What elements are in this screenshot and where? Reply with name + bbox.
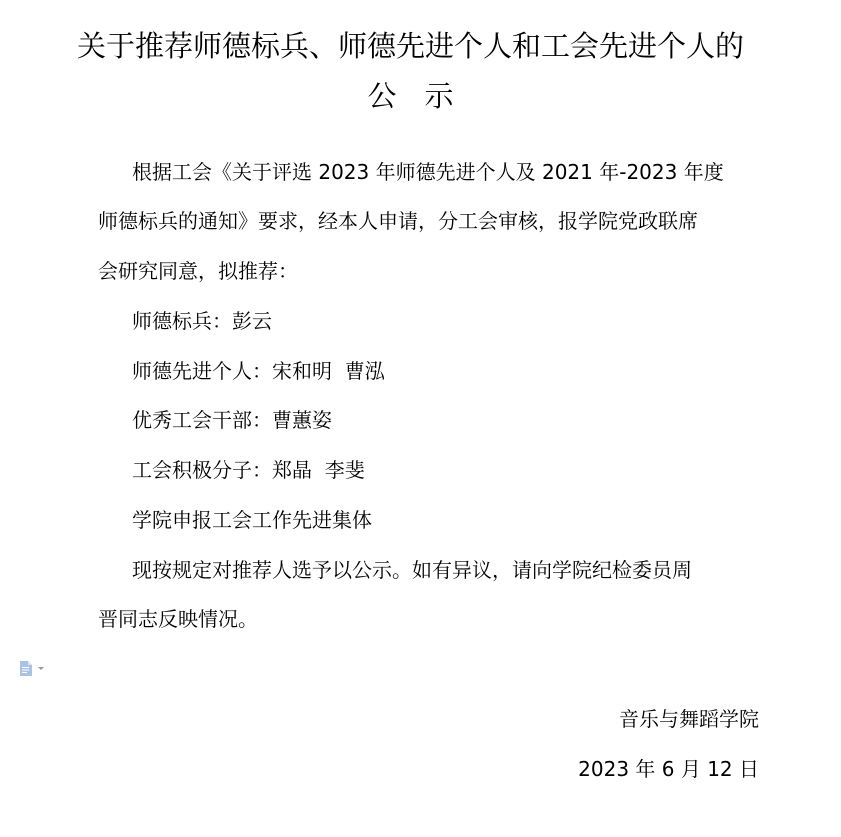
document-title-line2: 公示 — [0, 76, 831, 116]
nomination-category: 工会积极分子： — [132, 458, 272, 482]
paragraph-intro-line3: 会研究同意，拟推荐： — [98, 259, 298, 283]
nomination-names: 郑晶 李斐 — [272, 458, 365, 482]
document-title-line1: 关于推荐师德标兵、师德先进个人和工会先进个人的 — [0, 26, 831, 66]
paste-options-button[interactable] — [20, 659, 50, 677]
paragraph-objection-line2: 晋同志反映情况。 — [98, 607, 258, 631]
nomination-union-cadre: 优秀工会干部：曹蕙姿 — [132, 408, 332, 432]
signature-organization: 音乐与舞蹈学院 — [619, 707, 759, 731]
paragraph-objection-line1: 现按规定对推荐人选予以公示。如有异议，请向学院纪检委员周 — [132, 558, 692, 582]
nomination-category: 师德标兵： — [132, 309, 232, 333]
paragraph-intro-line1: 根据工会《关于评选 2023 年师德先进个人及 2021 年-2023 年度 — [132, 160, 724, 184]
collective-nomination: 学院申报工会工作先进集体 — [132, 508, 372, 532]
nomination-names: 曹蕙姿 — [272, 408, 332, 432]
document-icon — [20, 661, 32, 676]
nomination-names: 宋和明 曹泓 — [272, 359, 385, 383]
nomination-category: 优秀工会干部： — [132, 408, 272, 432]
paragraph-intro-line2: 师德标兵的通知》要求，经本人申请，分工会审核，报学院党政联席 — [98, 209, 698, 233]
nomination-category: 师德先进个人： — [132, 359, 272, 383]
document-page: 关于推荐师德标兵、师德先进个人和工会先进个人的 公示 根据工会《关于评选 202… — [0, 0, 841, 837]
nomination-advanced-individual: 师德先进个人：宋和明 曹泓 — [132, 359, 385, 383]
signature-date: 2023 年 6 月 12 日 — [578, 757, 759, 781]
nomination-names: 彭云 — [232, 309, 272, 333]
nomination-union-activist: 工会积极分子：郑晶 李斐 — [132, 458, 365, 482]
nomination-role-model: 师德标兵：彭云 — [132, 309, 272, 333]
chevron-down-icon — [38, 667, 44, 670]
